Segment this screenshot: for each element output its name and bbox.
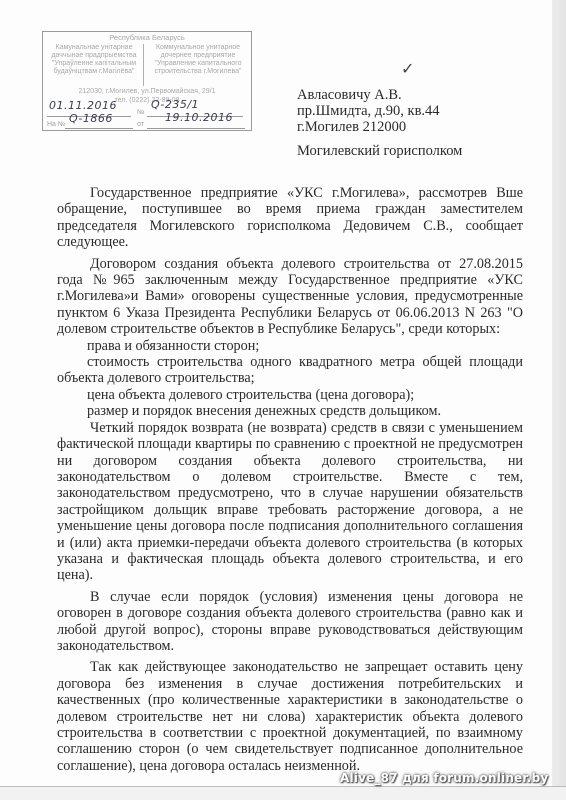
stamp-country: Республика Беларусь [43, 34, 251, 42]
stamp-org-russian: Коммунальное унитарное дочернее предприя… [149, 44, 247, 76]
letter-body: Государственное предприятие «УКС г.Могил… [57, 185, 523, 774]
recipient-street: пр.Шмидта, д.90, кв.44 [297, 103, 440, 119]
stamp-org-belarusian: Камунальнае унітарнае даччынае прадпрыем… [45, 44, 144, 86]
list-item: размер и порядок внесения денежных средс… [57, 403, 523, 419]
outgoing-date: 01.11.2016 [49, 102, 117, 110]
reply-to-label: На № [47, 121, 65, 129]
recipient-name: Авласовичу А.В. [297, 87, 440, 103]
stamp-address: 212030, г.Могилев, ул.Первомайская, 29/1 [43, 88, 251, 96]
paragraph-refund: Четкий порядок возврата (не возврата) ср… [57, 420, 523, 584]
scan-edge-bottom [0, 786, 566, 800]
list-item: права и обязанности сторон; [57, 338, 523, 354]
forum-watermark: Alive_87 для forum.onliner.by [340, 771, 548, 785]
letterhead-stamp: Республика Беларусь Камунальнае унітарна… [42, 31, 252, 131]
checkmark-icon: ✓ [401, 59, 414, 78]
recipient-block: Авласовичу А.В. пр.Шмидта, д.90, кв.44 г… [297, 87, 440, 135]
paragraph-conclusion: Так как действующее законодательство не … [57, 659, 523, 774]
stamp-reply-row: На № Q-1866 от 19.10.2016 [47, 116, 247, 130]
copy-to-organization: Могилевский горисполком [297, 143, 462, 160]
paragraph-intro: Государственное предприятие «УКС г.Могил… [57, 185, 523, 251]
underline [147, 128, 245, 129]
underline [65, 128, 133, 129]
list-item: цена объекта долевого строительства (цен… [57, 387, 523, 403]
reply-to-number: Q-1866 [69, 115, 113, 123]
scan-edge-right [552, 0, 566, 800]
reply-to-date: 19.10.2016 [165, 114, 233, 122]
paragraph-contract: Договором создания объекта долевого стро… [57, 256, 523, 338]
reply-date-label: от [137, 121, 144, 129]
paragraph-price-change: В случае если порядок (условия) изменени… [57, 589, 523, 655]
outgoing-number: Q-235/1 [151, 101, 199, 109]
list-item: стоимость строительства одного квадратно… [57, 354, 523, 387]
recipient-city: г.Могилев 212000 [297, 119, 440, 135]
